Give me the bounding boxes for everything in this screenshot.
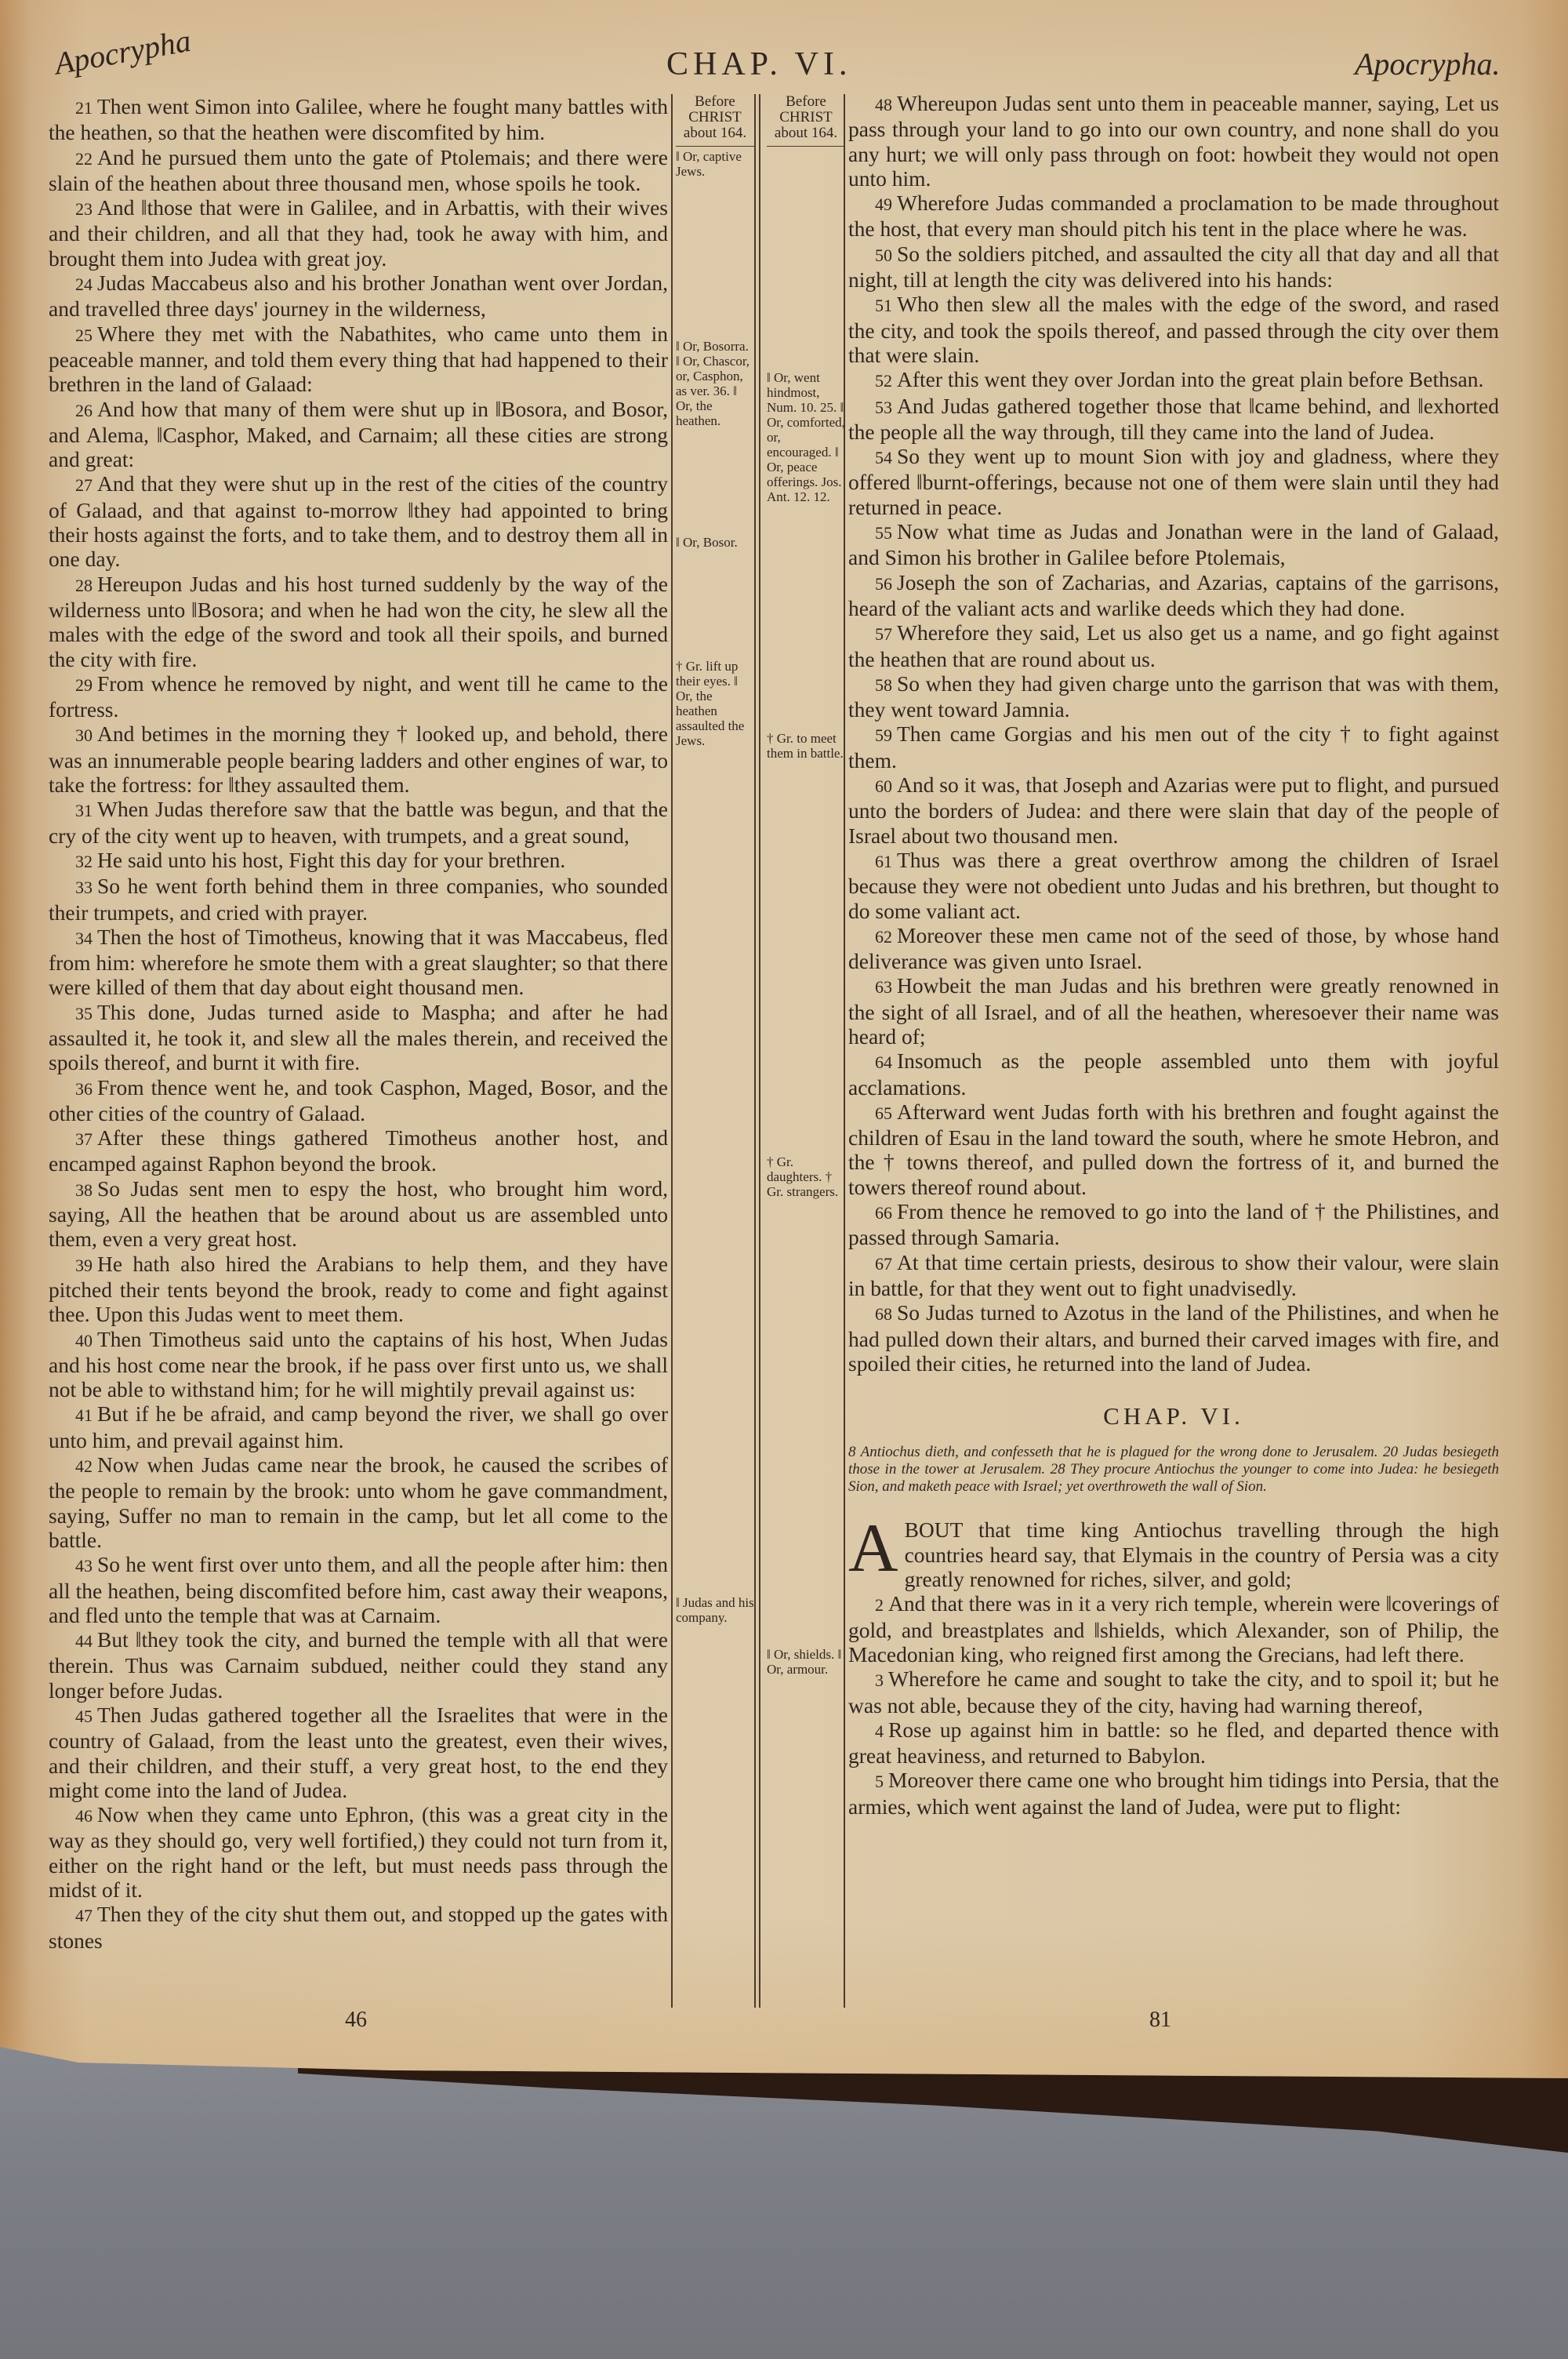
verse-text: And he pursued them unto the gate of Pto… xyxy=(49,145,668,195)
verse-number: 50 xyxy=(875,245,892,265)
verse-text: And Judas gathered together those that ‖… xyxy=(848,394,1499,444)
column-rule xyxy=(671,94,673,2008)
verse: 43So he went first over unto them, and a… xyxy=(49,1552,668,1627)
date-label: CHRIST xyxy=(767,110,845,125)
verse-number: 2 xyxy=(875,1595,884,1615)
verse-text: And betimes in the morning they † looked… xyxy=(49,722,668,797)
marginal-note: ‖ Or, shields. ‖ Or, armour. xyxy=(767,1647,845,1677)
chapter-opening-verse: ABOUT that time king Antiochus travellin… xyxy=(848,1518,1499,1591)
verse: 40Then Timotheus said unto the captains … xyxy=(49,1327,668,1402)
verse-number: 36 xyxy=(75,1079,93,1099)
verse: 47Then they of the city shut them out, a… xyxy=(49,1902,668,1953)
verse-number: 37 xyxy=(75,1129,93,1149)
verse-number: 61 xyxy=(875,852,892,871)
verse-number: 29 xyxy=(75,675,93,695)
verse-number: 43 xyxy=(75,1556,93,1576)
verse: 55Now what time as Judas and Jonathan we… xyxy=(848,519,1499,570)
verse: 5Moreover there came one who brought him… xyxy=(848,1768,1499,1819)
verse-number: 68 xyxy=(875,1304,892,1324)
verse-number: 38 xyxy=(75,1180,93,1200)
verse-number: 67 xyxy=(875,1254,892,1274)
verse-number: 5 xyxy=(875,1772,884,1791)
verse-number: 65 xyxy=(875,1103,892,1123)
marginal-note: ‖ Or, Bosorra. ‖ Or, Chascor, or, Caspho… xyxy=(676,339,754,428)
margin-notes-left: Before CHRIST about 164. ‖ Or, captive J… xyxy=(676,94,754,147)
verse-text: Who then slew all the males with the edg… xyxy=(848,292,1499,367)
verse: 65Afterward went Judas forth with his br… xyxy=(848,1100,1499,1199)
verse-text: After these things gathered Timotheus an… xyxy=(49,1125,668,1176)
verse-number: 58 xyxy=(875,675,892,695)
column-rule xyxy=(754,94,756,2008)
chapter-summary: 8 Antiochus dieth, and confesseth that h… xyxy=(848,1444,1499,1496)
verse: 22And he pursued them unto the gate of P… xyxy=(49,145,668,196)
verse-number: 33 xyxy=(75,878,93,897)
verse: 49Wherefore Judas commanded a proclamati… xyxy=(848,191,1499,242)
verse-number: 35 xyxy=(75,1004,93,1023)
verse-text: BOUT that time king Antiochus travelling… xyxy=(905,1518,1499,1591)
verse-number: 26 xyxy=(75,401,93,420)
verse: 21Then went Simon into Galilee, where he… xyxy=(49,94,668,145)
verse-number: 40 xyxy=(75,1331,93,1350)
verse-number: 42 xyxy=(75,1456,93,1476)
verse: 45Then Judas gathered together all the I… xyxy=(49,1703,668,1802)
verse-number: 53 xyxy=(875,398,892,417)
verse-text: When Judas therefore saw that the battle… xyxy=(49,797,668,847)
verse-list: 2And that there was in it a very rich te… xyxy=(848,1591,1499,1819)
verse-number: 57 xyxy=(875,624,892,644)
marginal-note: ‖ Judas and his company. xyxy=(676,1595,754,1625)
verse: 38So Judas sent men to espy the host, wh… xyxy=(49,1176,668,1252)
verse-text: Then Timotheus said unto the captains of… xyxy=(49,1327,668,1402)
verse-number: 4 xyxy=(875,1721,884,1741)
margin-notes-right: Before CHRIST about 164. ‖ Or, went hind… xyxy=(767,94,845,147)
verse-text: Moreover these men came not of the seed … xyxy=(848,923,1499,973)
verse: 51Who then slew all the males with the e… xyxy=(848,292,1499,367)
verse: 34Then the host of Timotheus, knowing th… xyxy=(49,925,668,1000)
verse-text: Whereupon Judas sent unto them in peacea… xyxy=(848,91,1499,191)
verse: 50So the soldiers pitched, and assaulted… xyxy=(848,242,1499,293)
verse-text: From thence went he, and took Casphon, M… xyxy=(49,1075,668,1125)
verse: 48Whereupon Judas sent unto them in peac… xyxy=(848,91,1499,191)
verse-text: From thence he removed to go into the la… xyxy=(848,1199,1499,1249)
verse: 58So when they had given charge unto the… xyxy=(848,671,1499,722)
verse-text: Wherefore Judas commanded a proclamation… xyxy=(848,191,1499,241)
verse: 26And how that many of them were shut up… xyxy=(49,397,668,472)
verse-text: Joseph the son of Zacharias, and Azarias… xyxy=(848,570,1499,620)
verse: 41But if he be afraid, and camp beyond t… xyxy=(49,1401,668,1452)
verse-text: Rose up against him in battle: so he fle… xyxy=(848,1717,1499,1768)
verse: 56Joseph the son of Zacharias, and Azari… xyxy=(848,570,1499,621)
verse-text: Where they met with the Nabathites, who … xyxy=(49,322,668,397)
verse: 57Wherefore they said, Let us also get u… xyxy=(848,620,1499,671)
verse: 44But ‖they took the city, and burned th… xyxy=(49,1627,668,1703)
verse: 3Wherefore he came and sought to take th… xyxy=(848,1667,1499,1717)
drop-cap: A xyxy=(848,1521,898,1577)
verse: 23And ‖those that were in Galilee, and i… xyxy=(49,195,668,271)
verse-number: 31 xyxy=(75,801,93,820)
marginal-note: † Gr. daughters. † Gr. strangers. xyxy=(767,1154,845,1199)
verse-number: 22 xyxy=(75,149,93,169)
verse-number: 21 xyxy=(75,98,93,118)
verse-number: 25 xyxy=(75,325,93,345)
verse: 2And that there was in it a very rich te… xyxy=(848,1591,1499,1667)
verse-text: Then went Simon into Galilee, where he f… xyxy=(49,94,668,144)
verse-text: Then they of the city shut them out, and… xyxy=(49,1902,668,1952)
verse-number: 23 xyxy=(75,199,93,219)
new-chapter-heading: CHAP. VI. xyxy=(848,1404,1499,1428)
verse-number: 34 xyxy=(75,929,93,948)
verse: 52After this went they over Jordan into … xyxy=(848,367,1499,393)
verse: 63Howbeit the man Judas and his brethren… xyxy=(848,973,1499,1049)
verse-text: Then Judas gathered together all the Isr… xyxy=(49,1703,668,1802)
date-heading: Before CHRIST about 164. xyxy=(676,94,754,147)
verse: 33So he went forth behind them in three … xyxy=(49,874,668,925)
verse-text: But if he be afraid, and camp beyond the… xyxy=(49,1401,668,1452)
verse-number: 59 xyxy=(875,725,892,745)
verse-text: Then the host of Timotheus, knowing that… xyxy=(49,925,668,1000)
verse-text: So Judas turned to Azotus in the land of… xyxy=(848,1300,1499,1376)
verse-text: Insomuch as the people assembled unto th… xyxy=(848,1049,1499,1099)
verse-number: 44 xyxy=(75,1631,93,1651)
date-label: Before xyxy=(676,94,754,110)
column-rule xyxy=(759,94,760,2008)
verse: 60And so it was, that Joseph and Azarias… xyxy=(848,772,1499,848)
date-heading: Before CHRIST about 164. xyxy=(767,94,845,147)
verse-number: 64 xyxy=(875,1052,892,1072)
verse: 66From thence he removed to go into the … xyxy=(848,1199,1499,1250)
verse: 24Judas Maccabeus also and his brother J… xyxy=(49,271,668,322)
verse-number: 54 xyxy=(875,448,892,467)
verse-number: 48 xyxy=(875,95,892,114)
verse: 53And Judas gathered together those that… xyxy=(848,394,1499,445)
verse-list: 48Whereupon Judas sent unto them in peac… xyxy=(848,91,1499,1376)
verse-number: 62 xyxy=(875,927,892,947)
verse: 28Hereupon Judas and his host turned sud… xyxy=(49,572,668,671)
running-head-right: Apocrypha. xyxy=(1355,45,1501,82)
verse-text: And so it was, that Joseph and Azarias w… xyxy=(848,772,1499,848)
verse: 62Moreover these men came not of the see… xyxy=(848,923,1499,974)
date-label: about 164. xyxy=(767,125,845,141)
verse-number: 52 xyxy=(875,371,892,391)
verse-text: He hath also hired the Arabians to help … xyxy=(49,1252,668,1327)
verse: 36From thence went he, and took Casphon,… xyxy=(49,1075,668,1126)
verse-text: And how that many of them were shut up i… xyxy=(49,397,668,472)
verse-text: And that there was in it a very rich tem… xyxy=(848,1591,1499,1667)
verse-number: 60 xyxy=(875,776,892,796)
marginal-note: † Gr. to meet them in battle. xyxy=(767,731,845,761)
verse: 42Now when Judas came near the brook, he… xyxy=(49,1452,668,1552)
verse-text: Now when Judas came near the brook, he c… xyxy=(49,1452,668,1552)
verse: 67At that time certain priests, desirous… xyxy=(848,1250,1499,1301)
verse-text: Now when they came unto Ephron, (this wa… xyxy=(49,1802,668,1902)
right-text-column: 48Whereupon Judas sent unto them in peac… xyxy=(848,91,1499,1819)
verse-text: Wherefore they said, Let us also get us … xyxy=(848,620,1499,671)
verse-number: 66 xyxy=(875,1203,892,1223)
verse-text: Wherefore he came and sought to take the… xyxy=(848,1667,1499,1717)
marginal-note: † Gr. lift up their eyes. ‖ Or, the heat… xyxy=(676,659,754,748)
verse-text: Afterward went Judas forth with his bret… xyxy=(848,1100,1499,1199)
verse-number: 3 xyxy=(875,1670,884,1690)
verse: 37After these things gathered Timotheus … xyxy=(49,1125,668,1176)
verse-text: Now what time as Judas and Jonathan were… xyxy=(848,519,1499,569)
verse: 64Insomuch as the people assembled unto … xyxy=(848,1049,1499,1100)
verse-text: Judas Maccabeus also and his brother Jon… xyxy=(49,271,668,321)
verse-text: Then came Gorgias and his men out of the… xyxy=(848,722,1499,772)
marginal-note: ‖ Or, Bosor. xyxy=(676,535,754,550)
verse-number: 28 xyxy=(75,576,93,595)
verse-number: 47 xyxy=(75,1906,93,1925)
marginal-note: ‖ Or, captive Jews. xyxy=(676,149,754,179)
verse-text: So when they had given charge unto the g… xyxy=(848,671,1499,722)
verse-text: Moreover there came one who brought him … xyxy=(848,1768,1499,1818)
verse-text: Hereupon Judas and his host turned sudde… xyxy=(49,572,668,671)
verse: 32He said unto his host, Fight this day … xyxy=(49,848,668,874)
verse-text: So they went up to mount Sion with joy a… xyxy=(848,444,1499,519)
verse-number: 32 xyxy=(75,852,93,871)
verse-number: 41 xyxy=(75,1405,93,1425)
verse-number: 55 xyxy=(875,523,892,543)
verse-text: Thus was there a great overthrow among t… xyxy=(848,848,1499,923)
verse: 31When Judas therefore saw that the batt… xyxy=(49,797,668,848)
verse-text: And that they were shut up in the rest o… xyxy=(49,471,668,571)
verse-text: From whence he removed by night, and wen… xyxy=(49,671,668,722)
verse-number: 63 xyxy=(875,977,892,997)
verse: 25Where they met with the Nabathites, wh… xyxy=(49,322,668,397)
verse: 61Thus was there a great overthrow among… xyxy=(848,848,1499,923)
verse: 29From whence he removed by night, and w… xyxy=(49,671,668,722)
verse-text: This done, Judas turned aside to Maspha;… xyxy=(49,1000,668,1075)
verse-number: 27 xyxy=(75,475,93,495)
left-text-column: 21Then went Simon into Galilee, where he… xyxy=(49,94,668,1953)
date-label: Before xyxy=(767,94,845,110)
verse-text: So Judas sent men to espy the host, who … xyxy=(49,1176,668,1252)
verse: 46Now when they came unto Ephron, (this … xyxy=(49,1802,668,1902)
verse-text: But ‖they took the city, and burned the … xyxy=(49,1627,668,1703)
verse-number: 49 xyxy=(875,194,892,214)
verse-text: At that time certain priests, desirous t… xyxy=(848,1250,1499,1300)
verse: 54So they went up to mount Sion with joy… xyxy=(848,444,1499,519)
verse-text: So the soldiers pitched, and assaulted t… xyxy=(848,242,1499,292)
chapter-title: CHAP. VI. xyxy=(666,45,851,83)
verse-number: 51 xyxy=(875,296,892,315)
verse-text: He said unto his host, Fight this day fo… xyxy=(97,848,565,872)
marginal-note: ‖ Or, went hindmost, Num. 10. 25. ‖ Or, … xyxy=(767,370,845,504)
verse: 68So Judas turned to Azotus in the land … xyxy=(848,1300,1499,1376)
date-label: CHRIST xyxy=(676,110,754,125)
verse-number: 56 xyxy=(875,574,892,594)
verse-number: 39 xyxy=(75,1256,93,1275)
page-number-right: 81 xyxy=(1149,2008,1171,2033)
verse-text: So he went first over unto them, and all… xyxy=(49,1552,668,1627)
verse-number: 46 xyxy=(75,1806,93,1826)
verse: 27And that they were shut up in the rest… xyxy=(49,471,668,571)
verse-text: Howbeit the man Judas and his brethren w… xyxy=(848,973,1499,1049)
page-number-left: 46 xyxy=(345,2008,367,2033)
verse: 4Rose up against him in battle: so he fl… xyxy=(848,1717,1499,1768)
verse-text: So he went forth behind them in three co… xyxy=(49,874,668,924)
verse: 35This done, Judas turned aside to Masph… xyxy=(49,1000,668,1075)
verse-number: 24 xyxy=(75,274,93,294)
verse-text: And ‖those that were in Galilee, and in … xyxy=(49,195,668,271)
verse: 59Then came Gorgias and his men out of t… xyxy=(848,722,1499,772)
verse: 30And betimes in the morning they † look… xyxy=(49,722,668,797)
verse-number: 45 xyxy=(75,1707,93,1726)
verse-text: After this went they over Jordan into th… xyxy=(897,367,1483,391)
verse: 39He hath also hired the Arabians to hel… xyxy=(49,1252,668,1327)
date-label: about 164. xyxy=(676,125,754,141)
verse-number: 30 xyxy=(75,725,93,745)
